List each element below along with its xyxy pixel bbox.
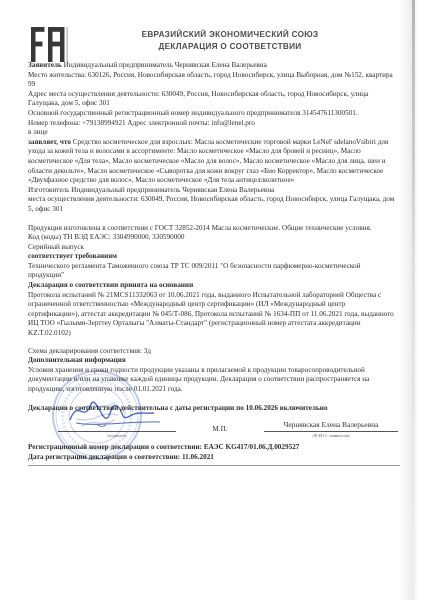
gost-line: Продукция изготовлена в соответствии с Г…: [28, 224, 398, 234]
signer-name: Чернявская Елена Валерьевна: [264, 420, 398, 429]
document-title: ДЕКЛАРАЦИЯ О СООТВЕТСТВИИ: [90, 41, 370, 53]
applicant-residence: Место жительства: 630126, Россия, Новоси…: [28, 71, 398, 90]
manufacturer-address: места осуществления деятельности: 630049…: [28, 195, 398, 214]
complies-label: соответствует требованиям: [28, 252, 398, 262]
signer-area: Чернявская Елена Валерьевна (Ф.И.О. заяв…: [264, 420, 398, 439]
in-person-line: в лице: [28, 128, 398, 138]
signer-caption: (Ф.И.О. заявителя): [264, 433, 398, 439]
applicant-ogrnip: Основной государственный регистрационный…: [28, 109, 398, 119]
manufacturer-line: Изготовитель Индивидуальный предпринимат…: [28, 186, 398, 196]
scan-edge-shadow: [400, 0, 418, 600]
additional-label: Дополнительная информация: [28, 356, 398, 366]
seal-place-label: М.П.: [176, 425, 264, 440]
applicant-label: Заявитель: [28, 61, 62, 69]
applicant-activity-address: Адрес места осуществления деятельности: …: [28, 90, 398, 109]
tnved-line: Код (коды) ТН ВЭД ЕАЭС: 3304990000, 3305…: [28, 233, 398, 243]
applicant-contacts: Номер телефона: +79138994921 Адрес элект…: [28, 119, 398, 129]
applicant-name: Индивидуальный предприниматель Чернявска…: [64, 61, 267, 69]
declares-label: заявляет, что: [28, 138, 71, 146]
eac-logo-icon: [31, 27, 71, 63]
basis-text: Протокола испытаний № 21MCS11332063 от 1…: [28, 291, 398, 339]
applicant-line: Заявитель Индивидуальный предприниматель…: [28, 61, 398, 71]
basis-label: Декларация о соответствии принята на осн…: [28, 281, 398, 291]
serial-line: Серийный выпуск: [28, 243, 398, 253]
signature-ink: [58, 394, 173, 435]
regulation-line: Технического регламента Таможенного союз…: [28, 262, 398, 281]
union-title: ЕВРАЗИЙСКИЙ ЭКОНОМИЧЕСКИЙ СОЮЗ: [90, 29, 370, 41]
scheme-line: Схема декларирования соответствия: 3д: [28, 347, 398, 357]
product-declaration: заявляет, что Средство косметическое для…: [28, 138, 398, 186]
declaration-document: ЕВРАЗИЙСКИЙ ЭКОНОМИЧЕСКИЙ СОЮЗ ДЕКЛАРАЦИ…: [0, 0, 424, 600]
product-description: Средство косметическое для взрослых: Мас…: [28, 138, 388, 184]
signer-line: [264, 429, 398, 432]
document-header: ЕВРАЗИЙСКИЙ ЭКОНОМИЧЕСКИЙ СОЮЗ ДЕКЛАРАЦИ…: [90, 29, 370, 52]
scan-edge-line: [412, 0, 415, 600]
